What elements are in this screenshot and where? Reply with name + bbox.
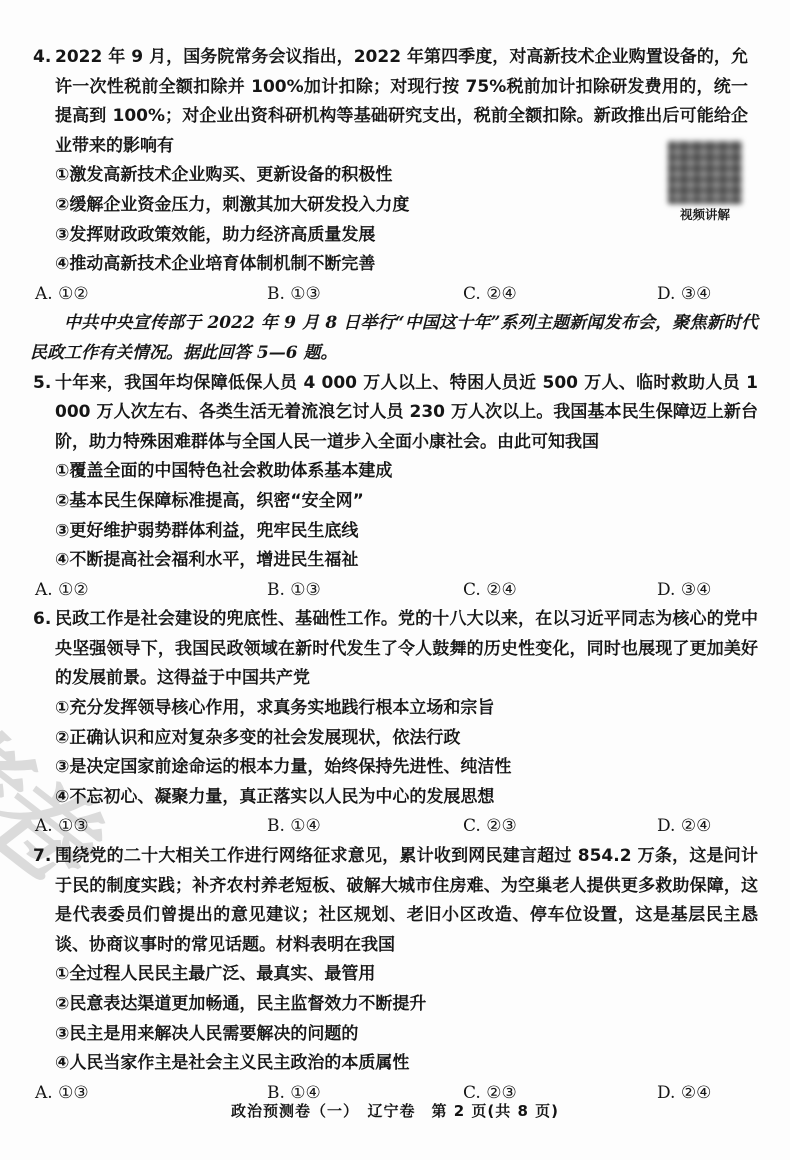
choice-d: D. ③④ [657,280,758,310]
question-stem: 十年来，我国年均保障低保人员 4 000 万人以上、特困人员近 500 万人、临… [55,369,758,458]
statement-4: ④不忘初心、凝聚力量，真正落实以人民为中心的发展思想 [55,783,758,813]
choice-a: A. ①② [35,280,267,310]
statement-1: ①激发高新技术企业购买、更新设备的积极性 [55,161,758,191]
choice-c: C. ②③ [463,1079,657,1109]
choice-a: A. ①② [35,576,267,606]
choice-c: C. ②④ [463,576,657,606]
exam-paper-page: 考卷 4. 2022 年 9 月，国务院常务会议指出，2022 年第四季度，对高… [0,0,790,1160]
statement-3: ③民主是用来解决人民需要解决的问题的 [55,1020,758,1050]
question-6: 6. 民政工作是社会建设的兜底性、基础性工作。党的十八大以来，在以习近平同志为核… [33,605,758,842]
statement-3: ③是决定国家前途命运的根本力量，始终保持先进性、纯洁性 [55,753,758,783]
choice-b: B. ①③ [267,280,463,310]
statement-1: ①充分发挥领导核心作用，求真务实地践行根本立场和宗旨 [55,694,758,724]
choice-a: A. ①③ [35,812,267,842]
question-stem: 围绕党的二十大相关工作进行网络征求意见，累计收到网民建言超过 854.2 万条，… [55,842,758,960]
statement-2: ②基本民生保障标准提高，织密“安全网” [55,487,758,517]
choice-c: C. ②③ [463,812,657,842]
statement-4: ④不断提高社会福利水平，增进民生福祉 [55,546,758,576]
question-number: 7. [33,842,51,872]
statement-3: ③发挥财政政策效能，助力经济高质量发展 [55,221,758,251]
choice-d: D. ③④ [657,576,758,606]
statement-2: ②缓解企业资金压力，刺激其加大研发投入力度 [55,191,758,221]
choice-b: B. ①④ [267,1079,463,1109]
question-stem: 民政工作是社会建设的兜底性、基础性工作。党的十八大以来，在以习近平同志为核心的党… [55,605,758,694]
choice-d: D. ②④ [657,1079,758,1109]
statement-4: ④人民当家作主是社会主义民主政治的本质属性 [55,1049,758,1079]
statement-2: ②正确认识和应对复杂多变的社会发展现状，依法行政 [55,724,758,754]
choice-d: D. ②④ [657,812,758,842]
question-4: 4. 2022 年 9 月，国务院常务会议指出，2022 年第四季度，对高新技术… [33,43,758,309]
answer-choices: A. ①② B. ①③ C. ②④ D. ③④ [35,280,758,310]
question-stem: 2022 年 9 月，国务院常务会议指出，2022 年第四季度，对高新技术企业购… [55,43,758,161]
question-number: 5. [33,369,51,399]
answer-choices: A. ①③ B. ①④ C. ②③ D. ②④ [35,1079,758,1109]
choice-b: B. ①③ [267,576,463,606]
answer-choices: A. ①③ B. ①④ C. ②③ D. ②④ [35,812,758,842]
question-number: 6. [33,605,51,635]
page-content: 4. 2022 年 9 月，国务院常务会议指出，2022 年第四季度，对高新技术… [33,43,758,1108]
statement-3: ③更好维护弱势群体利益，兜牢民生底线 [55,517,758,547]
statement-1: ①全过程人民民主最广泛、最真实、最管用 [55,960,758,990]
statement-4: ④推动高新技术企业培育体制机制不断完善 [55,250,758,280]
statement-1: ①覆盖全面的中国特色社会救助体系基本建成 [55,457,758,487]
choice-a: A. ①③ [35,1079,267,1109]
question-number: 4. [33,43,51,73]
reading-passage: 中共中央宣传部于 2022 年 9 月 8 日举行“中国这十年”系列主题新闻发布… [30,309,758,368]
statement-2: ②民意表达渠道更加畅通，民主监督效力不断提升 [55,990,758,1020]
question-5: 5. 十年来，我国年均保障低保人员 4 000 万人以上、特困人员近 500 万… [33,369,758,606]
question-7: 7. 围绕党的二十大相关工作进行网络征求意见，累计收到网民建言超过 854.2 … [33,842,758,1108]
choice-c: C. ②④ [463,280,657,310]
answer-choices: A. ①② B. ①③ C. ②④ D. ③④ [35,576,758,606]
choice-b: B. ①④ [267,812,463,842]
